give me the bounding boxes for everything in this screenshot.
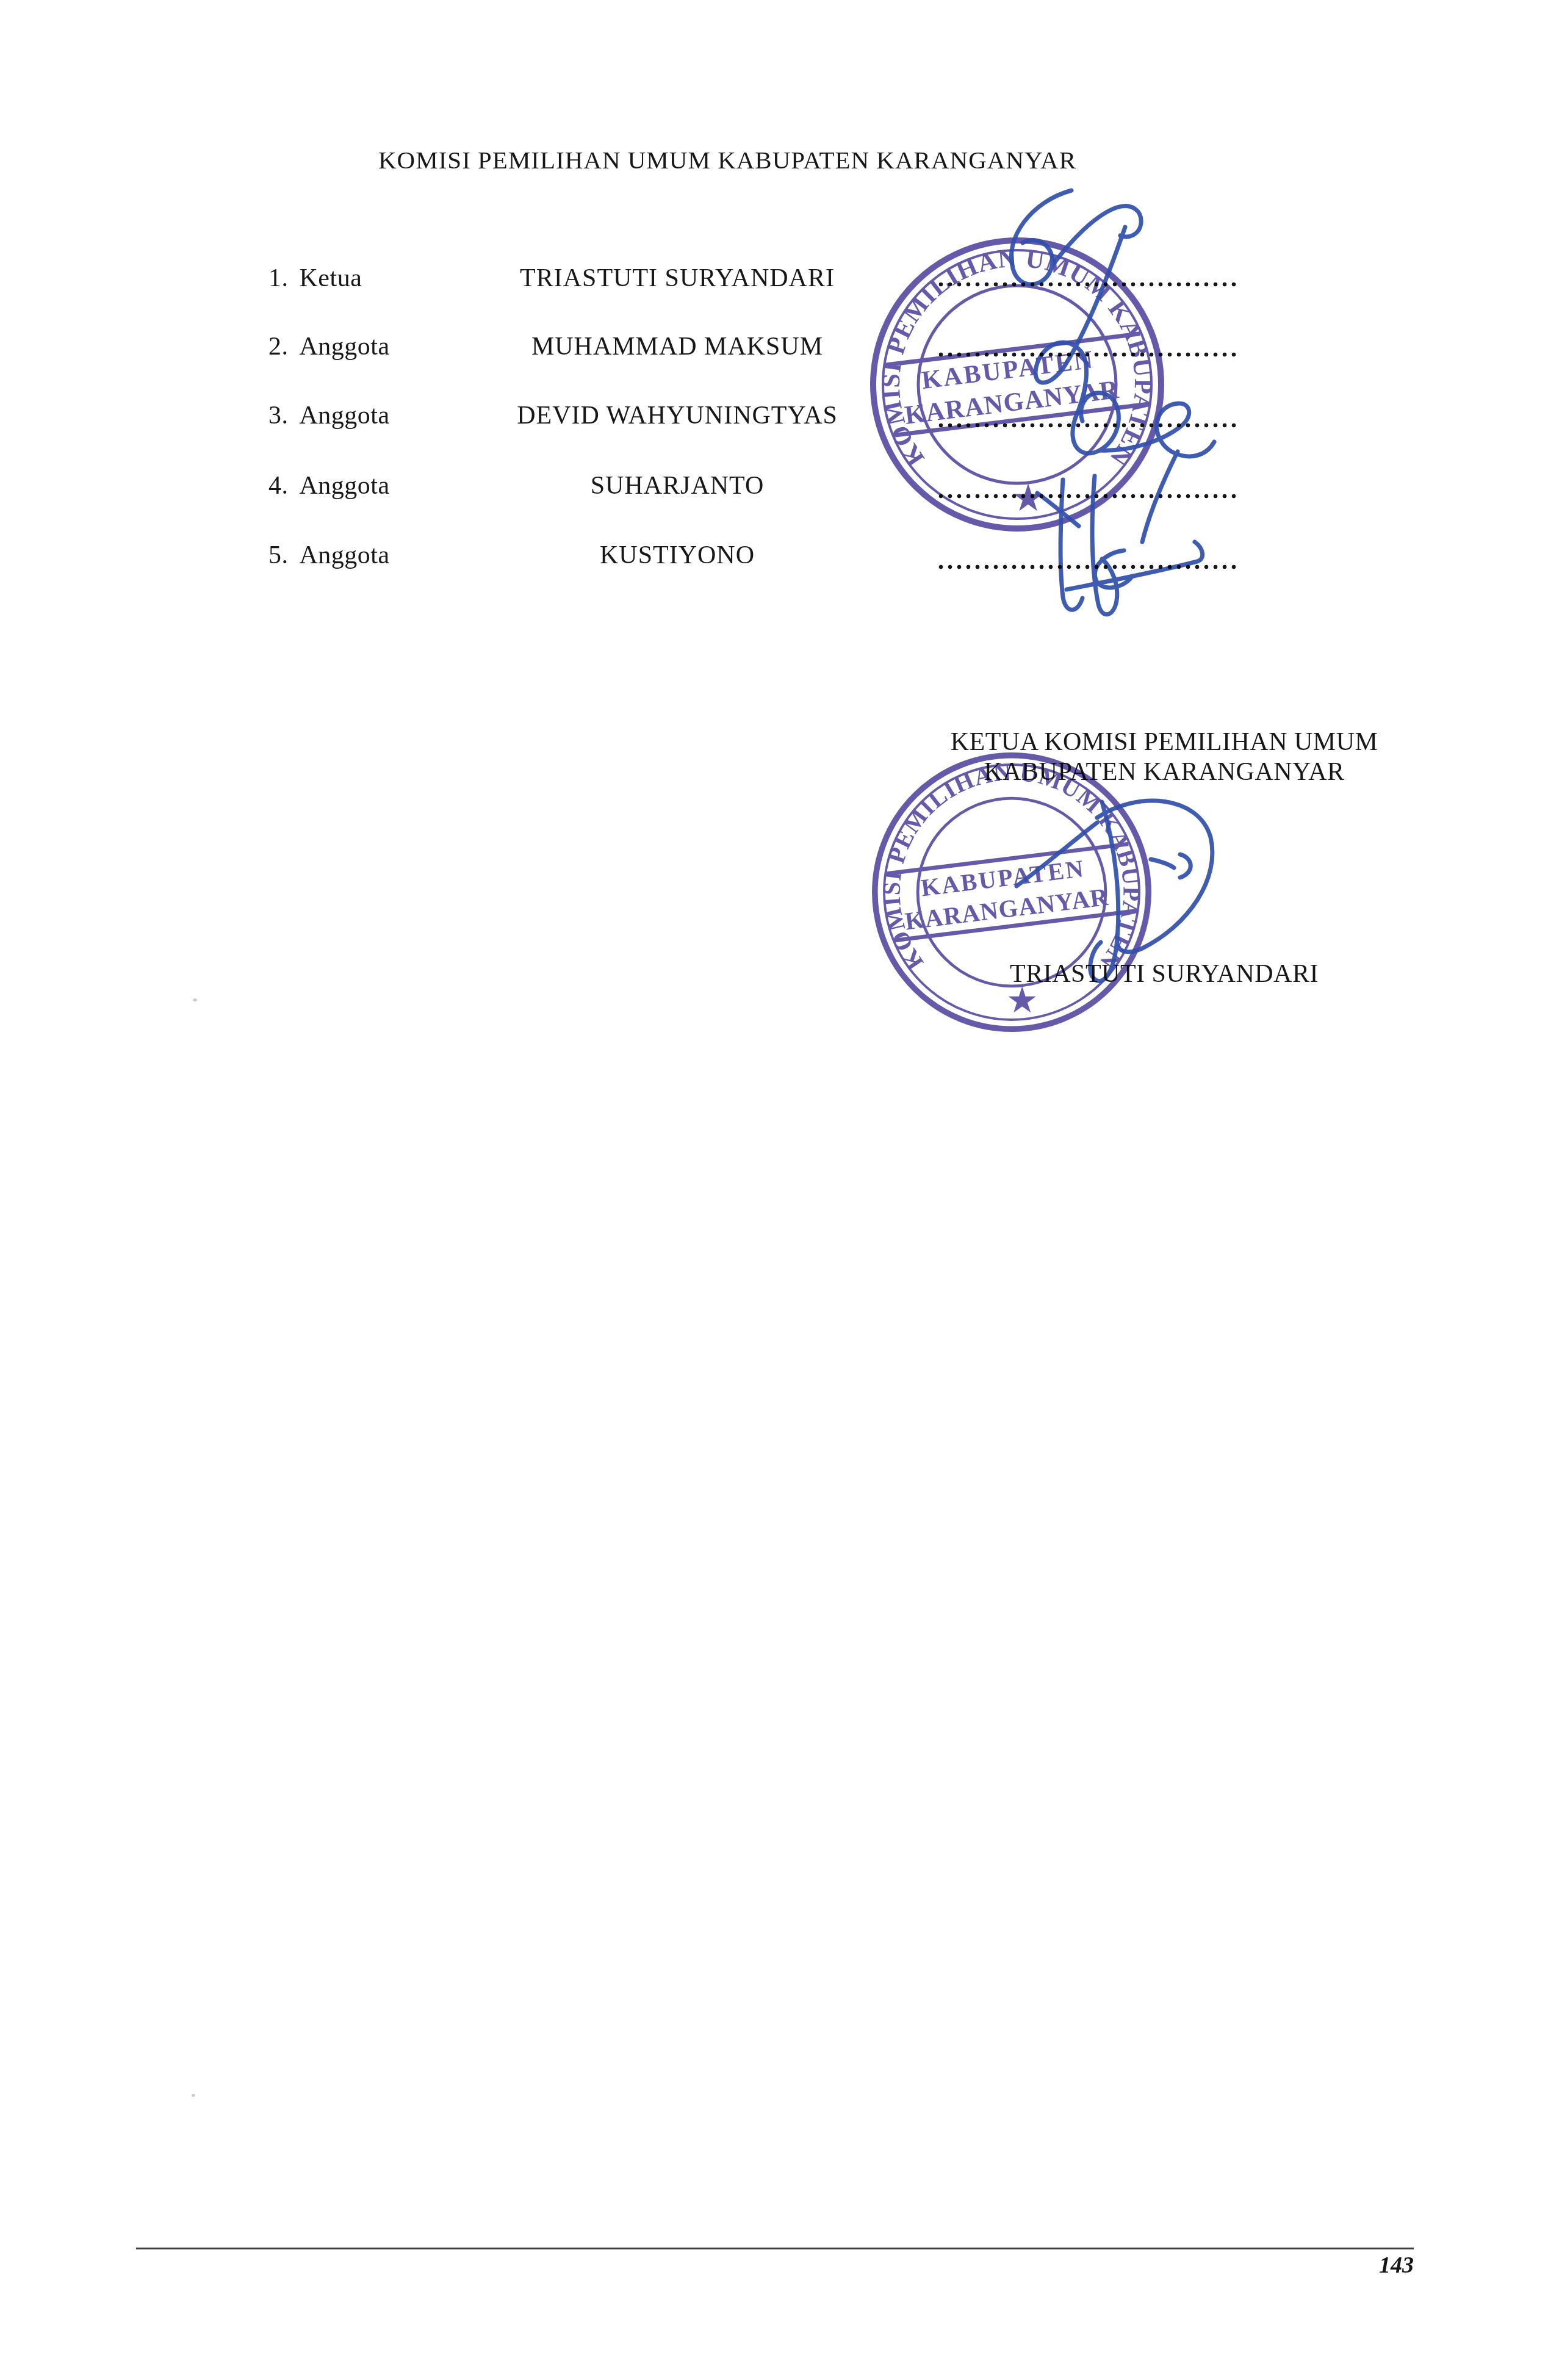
signature-ketua xyxy=(1017,801,1212,981)
signature-dotted-line-2 xyxy=(938,352,1239,357)
member-row-5-label: 5.Anggota xyxy=(268,541,390,570)
signature-dotted-line-5 xyxy=(938,564,1239,569)
member-4-role: Anggota xyxy=(300,472,390,500)
signature-dotted-line-3 xyxy=(938,423,1239,428)
member-row-1-label: 1.Ketua xyxy=(268,264,362,293)
signature-dotted-line-1 xyxy=(938,282,1239,287)
member-4-name: SUHARJANTO xyxy=(427,471,927,500)
member-3-role: Anggota xyxy=(300,402,390,430)
member-2-role: Anggota xyxy=(300,333,390,361)
signature-members xyxy=(1011,190,1214,615)
footer-rule xyxy=(136,2248,1414,2249)
page-number: 143 xyxy=(1330,2252,1414,2279)
member-5-number: 5. xyxy=(268,541,289,569)
member-row-2-label: 2.Anggota xyxy=(268,332,390,361)
member-2-name: MUHAMMAD MAKSUM xyxy=(427,332,927,361)
member-1-role: Ketua xyxy=(300,264,362,292)
document-page: KOMISI PEMILIHAN UMUM KABUPATEN KARANGAN… xyxy=(0,0,1548,2380)
member-row-3-label: 3.Anggota xyxy=(268,401,390,430)
signature-dotted-line-4 xyxy=(938,494,1239,499)
member-5-name: KUSTIYONO xyxy=(427,541,927,570)
attestation-title-line1: KETUA KOMISI PEMILIHAN UMUM xyxy=(932,727,1396,757)
scan-speck xyxy=(192,2094,195,2097)
scan-speck xyxy=(193,998,197,1001)
attestation-signer-name: TRIASTUTI SURYANDARI xyxy=(932,959,1396,989)
member-3-name: DEVID WAHYUNINGTYAS xyxy=(427,401,927,430)
member-1-number: 1. xyxy=(268,264,289,292)
member-row-4-label: 4.Anggota xyxy=(268,471,390,500)
member-2-number: 2. xyxy=(268,333,289,361)
attestation-title-line2: KABUPATEN KARANGANYAR xyxy=(932,757,1396,787)
page-title: KOMISI PEMILIHAN UMUM KABUPATEN KARANGAN… xyxy=(355,145,1100,175)
member-5-role: Anggota xyxy=(300,541,390,569)
member-1-name: TRIASTUTI SURYANDARI xyxy=(427,264,927,293)
member-3-number: 3. xyxy=(268,402,289,430)
member-4-number: 4. xyxy=(268,472,289,500)
